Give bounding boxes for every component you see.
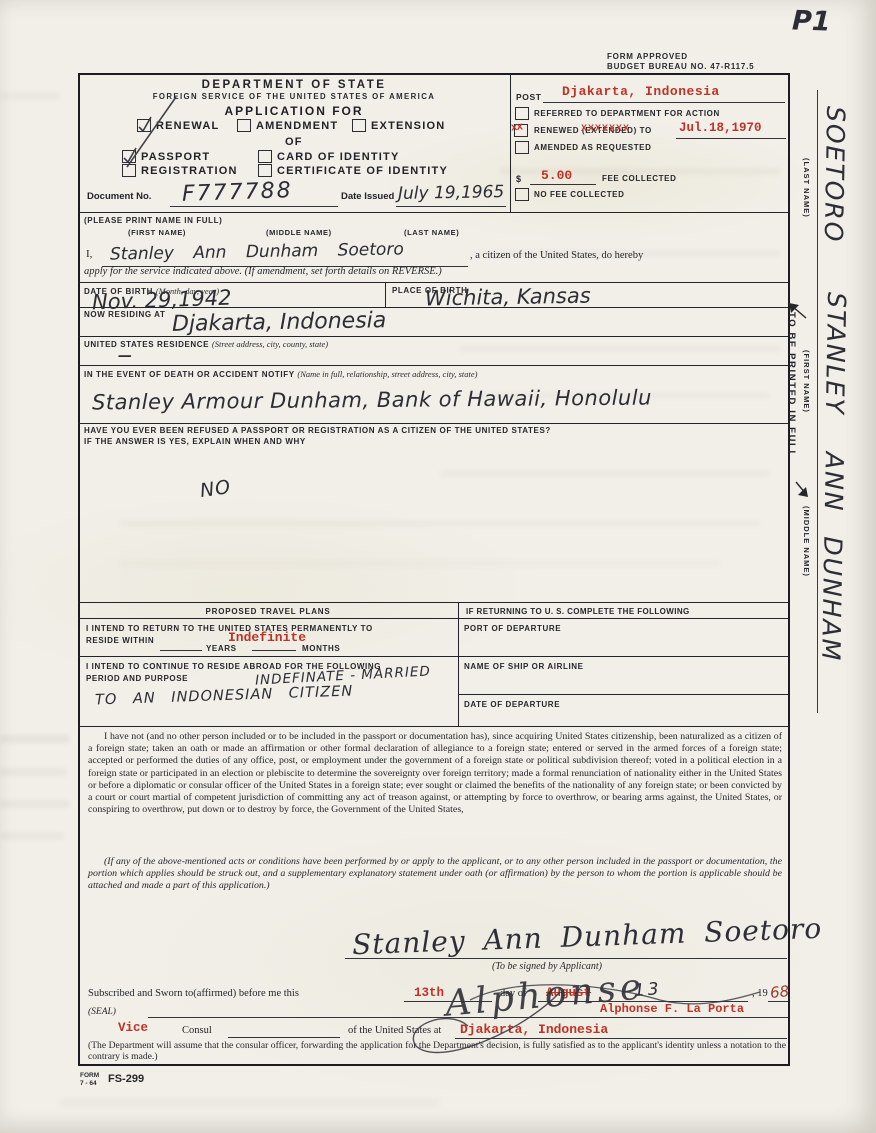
travel-left-header: PROPOSED TRAVEL PLANS xyxy=(78,607,458,617)
scanned-form-page: P1 FORM APPROVED BUDGET BUREAU NO. 47-R1… xyxy=(0,0,876,1133)
apply-line: apply for the service indicated above. (… xyxy=(84,266,442,277)
referred-checkbox xyxy=(515,107,529,120)
margin-last-name: SOETORO xyxy=(819,106,850,244)
certificate-of-identity-checkbox xyxy=(258,164,272,177)
blank-line xyxy=(676,138,786,139)
renewal-label: RENEWAL xyxy=(156,120,219,132)
us-residence-hint: (Street address, city, county, state) xyxy=(212,339,328,349)
bleed-smudge xyxy=(0,735,70,743)
date-issued-value: July 19,1965 xyxy=(398,182,505,204)
of-united-states-at: of the United States at xyxy=(348,1025,441,1036)
bleed-smudge xyxy=(0,768,66,776)
passport-label: PASSPORT xyxy=(141,151,210,163)
rule xyxy=(458,602,459,726)
year-19-prefix: , 19 xyxy=(752,988,768,999)
budget-approval-line1: FORM APPROVED xyxy=(607,52,754,62)
us-residence-value: — xyxy=(118,348,132,364)
extension-checkbox xyxy=(352,119,366,132)
margin-last-name-label: (LAST NAME) xyxy=(801,158,811,218)
rule xyxy=(385,282,386,307)
form-id: FS-299 xyxy=(108,1073,144,1085)
rule xyxy=(78,618,788,619)
margin-middle-name-label: (MIDDLE NAME) xyxy=(801,506,811,577)
return-indefinite-value: Indefinite xyxy=(228,630,306,645)
amended-label: AMENDED AS REQUESTED xyxy=(534,143,652,153)
renewed-strikeout-xs: XXXXXXX xyxy=(581,124,630,135)
oath-proviso-paragraph: (If any of the above-mentioned acts or c… xyxy=(88,856,782,892)
first-name-col-label: (FIRST NAME) xyxy=(128,228,186,238)
registration-checkbox xyxy=(122,164,136,177)
document-no-label: Document No. xyxy=(87,191,151,202)
department-assumption-note: (The Department will assume that the con… xyxy=(88,1040,786,1062)
bleed-smudge xyxy=(0,832,64,840)
renewed-label-a: RENEWED ( xyxy=(534,126,585,135)
bleed-smudge xyxy=(60,1098,440,1107)
ship-airline-label: NAME OF SHIP OR AIRLINE xyxy=(464,662,584,672)
renewed-label-c: ) TO xyxy=(634,126,652,135)
blank-line xyxy=(396,206,506,207)
form-date: 7 - 64 xyxy=(80,1080,99,1088)
notify-value: Stanley Armour Dunham, Bank of Hawaii, H… xyxy=(92,386,652,415)
blank-line xyxy=(252,650,296,651)
consul-label: Consul xyxy=(182,1025,212,1036)
blank-line xyxy=(228,1037,340,1038)
notify-label: IN THE EVENT OF DEATH OR ACCIDENT NOTIFY… xyxy=(84,369,478,380)
blank-line xyxy=(530,184,596,185)
blank-line xyxy=(455,1038,787,1039)
vice-stamp: Vice xyxy=(118,1021,148,1035)
fee-collected-label: FEE COLLECTED xyxy=(602,174,676,184)
sworn-prefix: Subscribed and Sworn to(affirmed) before… xyxy=(88,988,299,999)
printed-full-arrow-bottom xyxy=(796,482,806,494)
extension-label: EXTENSION xyxy=(371,120,445,132)
seal-label: (SEAL) xyxy=(88,1007,116,1017)
rule xyxy=(78,726,788,727)
rule xyxy=(78,365,788,366)
amendment-label: AMENDMENT xyxy=(256,120,338,132)
residing-value: Djakarta, Indonesia xyxy=(172,308,387,337)
refused-question-line2: IF THE ANSWER IS YES, EXPLAIN WHEN AND W… xyxy=(84,437,306,447)
bleed-smudge xyxy=(0,92,60,100)
amended-checkbox xyxy=(515,141,529,154)
budget-approval-line2: BUDGET BUREAU NO. 47-R117.5 xyxy=(607,62,754,72)
to-be-printed-in-full-label: TO BE PRINTED IN FULL xyxy=(786,312,797,458)
post-label: POST xyxy=(516,92,542,102)
pob-value: Wichita, Kansas xyxy=(425,284,591,311)
i-prefix: I, xyxy=(86,248,92,260)
margin-middle-name: ANN DUNHAM xyxy=(816,452,849,663)
print-name-instruction: (PLEASE PRINT NAME IN FULL) xyxy=(84,216,222,226)
form-word: FORM xyxy=(80,1072,99,1080)
middle-name-col-label: (MIDDLE NAME) xyxy=(266,228,332,238)
renewed-date-value: Jul.18,1970 xyxy=(679,121,762,135)
post-value: Djakarta, Indonesia xyxy=(562,84,720,99)
budget-approval-note: FORM APPROVED BUDGET BUREAU NO. 47-R117.… xyxy=(607,52,754,71)
date-issued-label: Date Issued xyxy=(341,191,394,202)
refused-question-line1: HAVE YOU EVER BEEN REFUSED A PASSPORT OR… xyxy=(84,426,551,436)
bleed-smudge xyxy=(0,800,70,808)
card-of-identity-label: CARD OF IDENTITY xyxy=(277,151,399,163)
sworn-handwritten-year: 68 xyxy=(769,982,790,1002)
card-of-identity-checkbox xyxy=(258,150,272,163)
document-no-value: F777788 xyxy=(182,178,293,207)
months-label: MONTHS xyxy=(302,644,340,654)
rule xyxy=(78,602,788,603)
return-intent-line2: RESIDE WITHIN xyxy=(86,636,154,646)
rule xyxy=(458,694,788,695)
margin-first-name: STANLEY xyxy=(820,292,851,416)
oath-paragraph: I have not (and no other person included… xyxy=(88,731,782,816)
travel-right-header: IF RETURNING TO U. S. COMPLETE THE FOLLO… xyxy=(466,607,690,617)
citizen-suffix: , a citizen of the United States, do her… xyxy=(470,250,643,261)
date-of-departure-label: DATE OF DEPARTURE xyxy=(464,700,560,710)
amendment-checkbox xyxy=(237,119,251,132)
us-residence-label-text: UNITED STATES RESIDENCE xyxy=(84,340,209,349)
printed-full-arrowhead-bottom xyxy=(798,487,808,497)
foreign-service-subtitle: FOREIGN SERVICE OF THE UNITED STATES OF … xyxy=(78,92,510,101)
last-name-col-label: (LAST NAME) xyxy=(404,228,459,238)
renewal-checkbox xyxy=(137,119,151,132)
no-fee-checkbox xyxy=(515,188,529,201)
fee-dollar-sign: $ xyxy=(516,174,522,184)
dept-of-state-title: DEPARTMENT OF STATE xyxy=(78,79,510,91)
abroad-intent-line2: PERIOD AND PURPOSE xyxy=(86,674,188,684)
refused-answer: NO xyxy=(199,476,233,502)
form-number-block: FORM 7 - 64 xyxy=(80,1072,99,1087)
notify-hint: (Name in full, relationship, street addr… xyxy=(297,369,477,379)
certificate-of-identity-label: CERTIFICATE OF IDENTITY xyxy=(277,165,448,177)
consul-location-value: Djakarta, Indonesia xyxy=(460,1022,608,1037)
rule xyxy=(78,423,788,424)
years-label: YEARS xyxy=(206,644,237,654)
renewed-checkbox-x-mark: xx xyxy=(510,121,522,134)
margin-first-name-label: (FIRST NAME) xyxy=(801,350,811,413)
page-number-annotation: P1 xyxy=(791,5,831,37)
application-for-title: APPLICATION FOR xyxy=(78,104,510,118)
blank-line xyxy=(160,650,202,651)
sworn-day-value: 13th xyxy=(414,986,444,1000)
blank-line xyxy=(543,102,785,103)
registration-label: REGISTRATION xyxy=(141,165,238,177)
referred-label: REFERRED TO DEPARTMENT FOR ACTION xyxy=(534,109,720,119)
no-fee-label: NO FEE COLLECTED xyxy=(534,190,625,200)
residing-label: NOW RESIDING AT xyxy=(84,310,165,320)
passport-checkbox xyxy=(122,150,136,163)
fee-value: 5.00 xyxy=(541,168,572,183)
notify-label-text: IN THE EVENT OF DEATH OR ACCIDENT NOTIFY xyxy=(84,370,295,379)
port-of-departure-label: PORT OF DEPARTURE xyxy=(464,624,561,634)
rule xyxy=(78,282,788,283)
rule xyxy=(510,73,511,212)
of-label: OF xyxy=(285,136,303,148)
rule xyxy=(78,656,788,657)
rule xyxy=(78,212,788,213)
